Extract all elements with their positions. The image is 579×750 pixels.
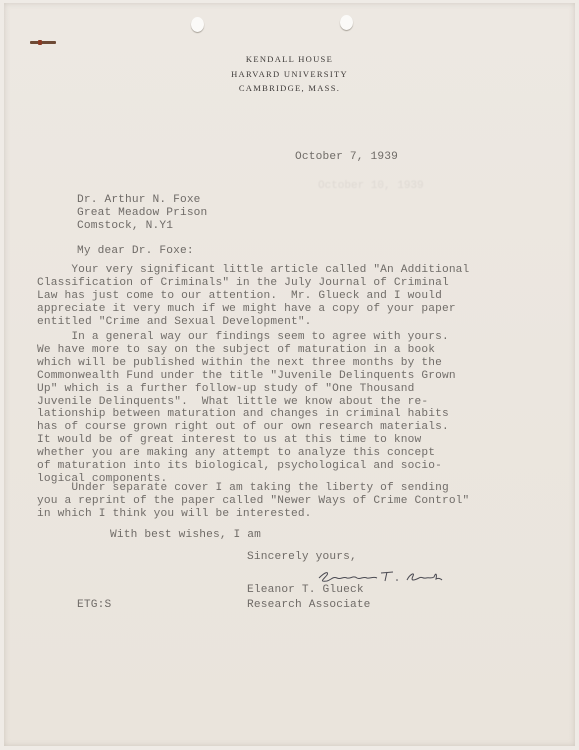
signer-title: Research Associate — [247, 599, 371, 612]
recipient-location: Comstock, N.Y1 — [77, 220, 207, 233]
paragraph-1: Your very significant little article cal… — [37, 264, 469, 329]
recipient-name: Dr. Arthur N. Foxe — [77, 194, 207, 207]
closing-line: With best wishes, I am — [110, 529, 261, 542]
punch-hole-right — [340, 15, 353, 30]
complimentary-close: Sincerely yours, — [247, 551, 357, 564]
paragraph-2: In a general way our findings seem to ag… — [37, 331, 456, 486]
letterhead: KENDALL HOUSE HARVARD UNIVERSITY CAMBRID… — [0, 52, 579, 96]
punch-hole-left — [191, 17, 204, 32]
salutation: My dear Dr. Foxe: — [77, 245, 194, 258]
signer-name: Eleanor T. Glueck — [247, 584, 364, 597]
paragraph-3: Under separate cover I am taking the lib… — [37, 482, 469, 521]
recipient-institution: Great Meadow Prison — [77, 207, 207, 220]
reference-initials: ETG:S — [77, 599, 111, 612]
recipient-address: Dr. Arthur N. FoxeGreat Meadow PrisonCom… — [77, 194, 207, 233]
letterhead-line-3: CAMBRIDGE, MASS. — [0, 81, 579, 96]
bleed-through-text: October 10, 1939 — [318, 180, 424, 192]
letterhead-line-2: HARVARD UNIVERSITY — [0, 67, 579, 82]
letter-date: October 7, 1939 — [295, 151, 398, 164]
pin-mark — [30, 41, 56, 44]
letterhead-line-1: KENDALL HOUSE — [0, 52, 579, 67]
